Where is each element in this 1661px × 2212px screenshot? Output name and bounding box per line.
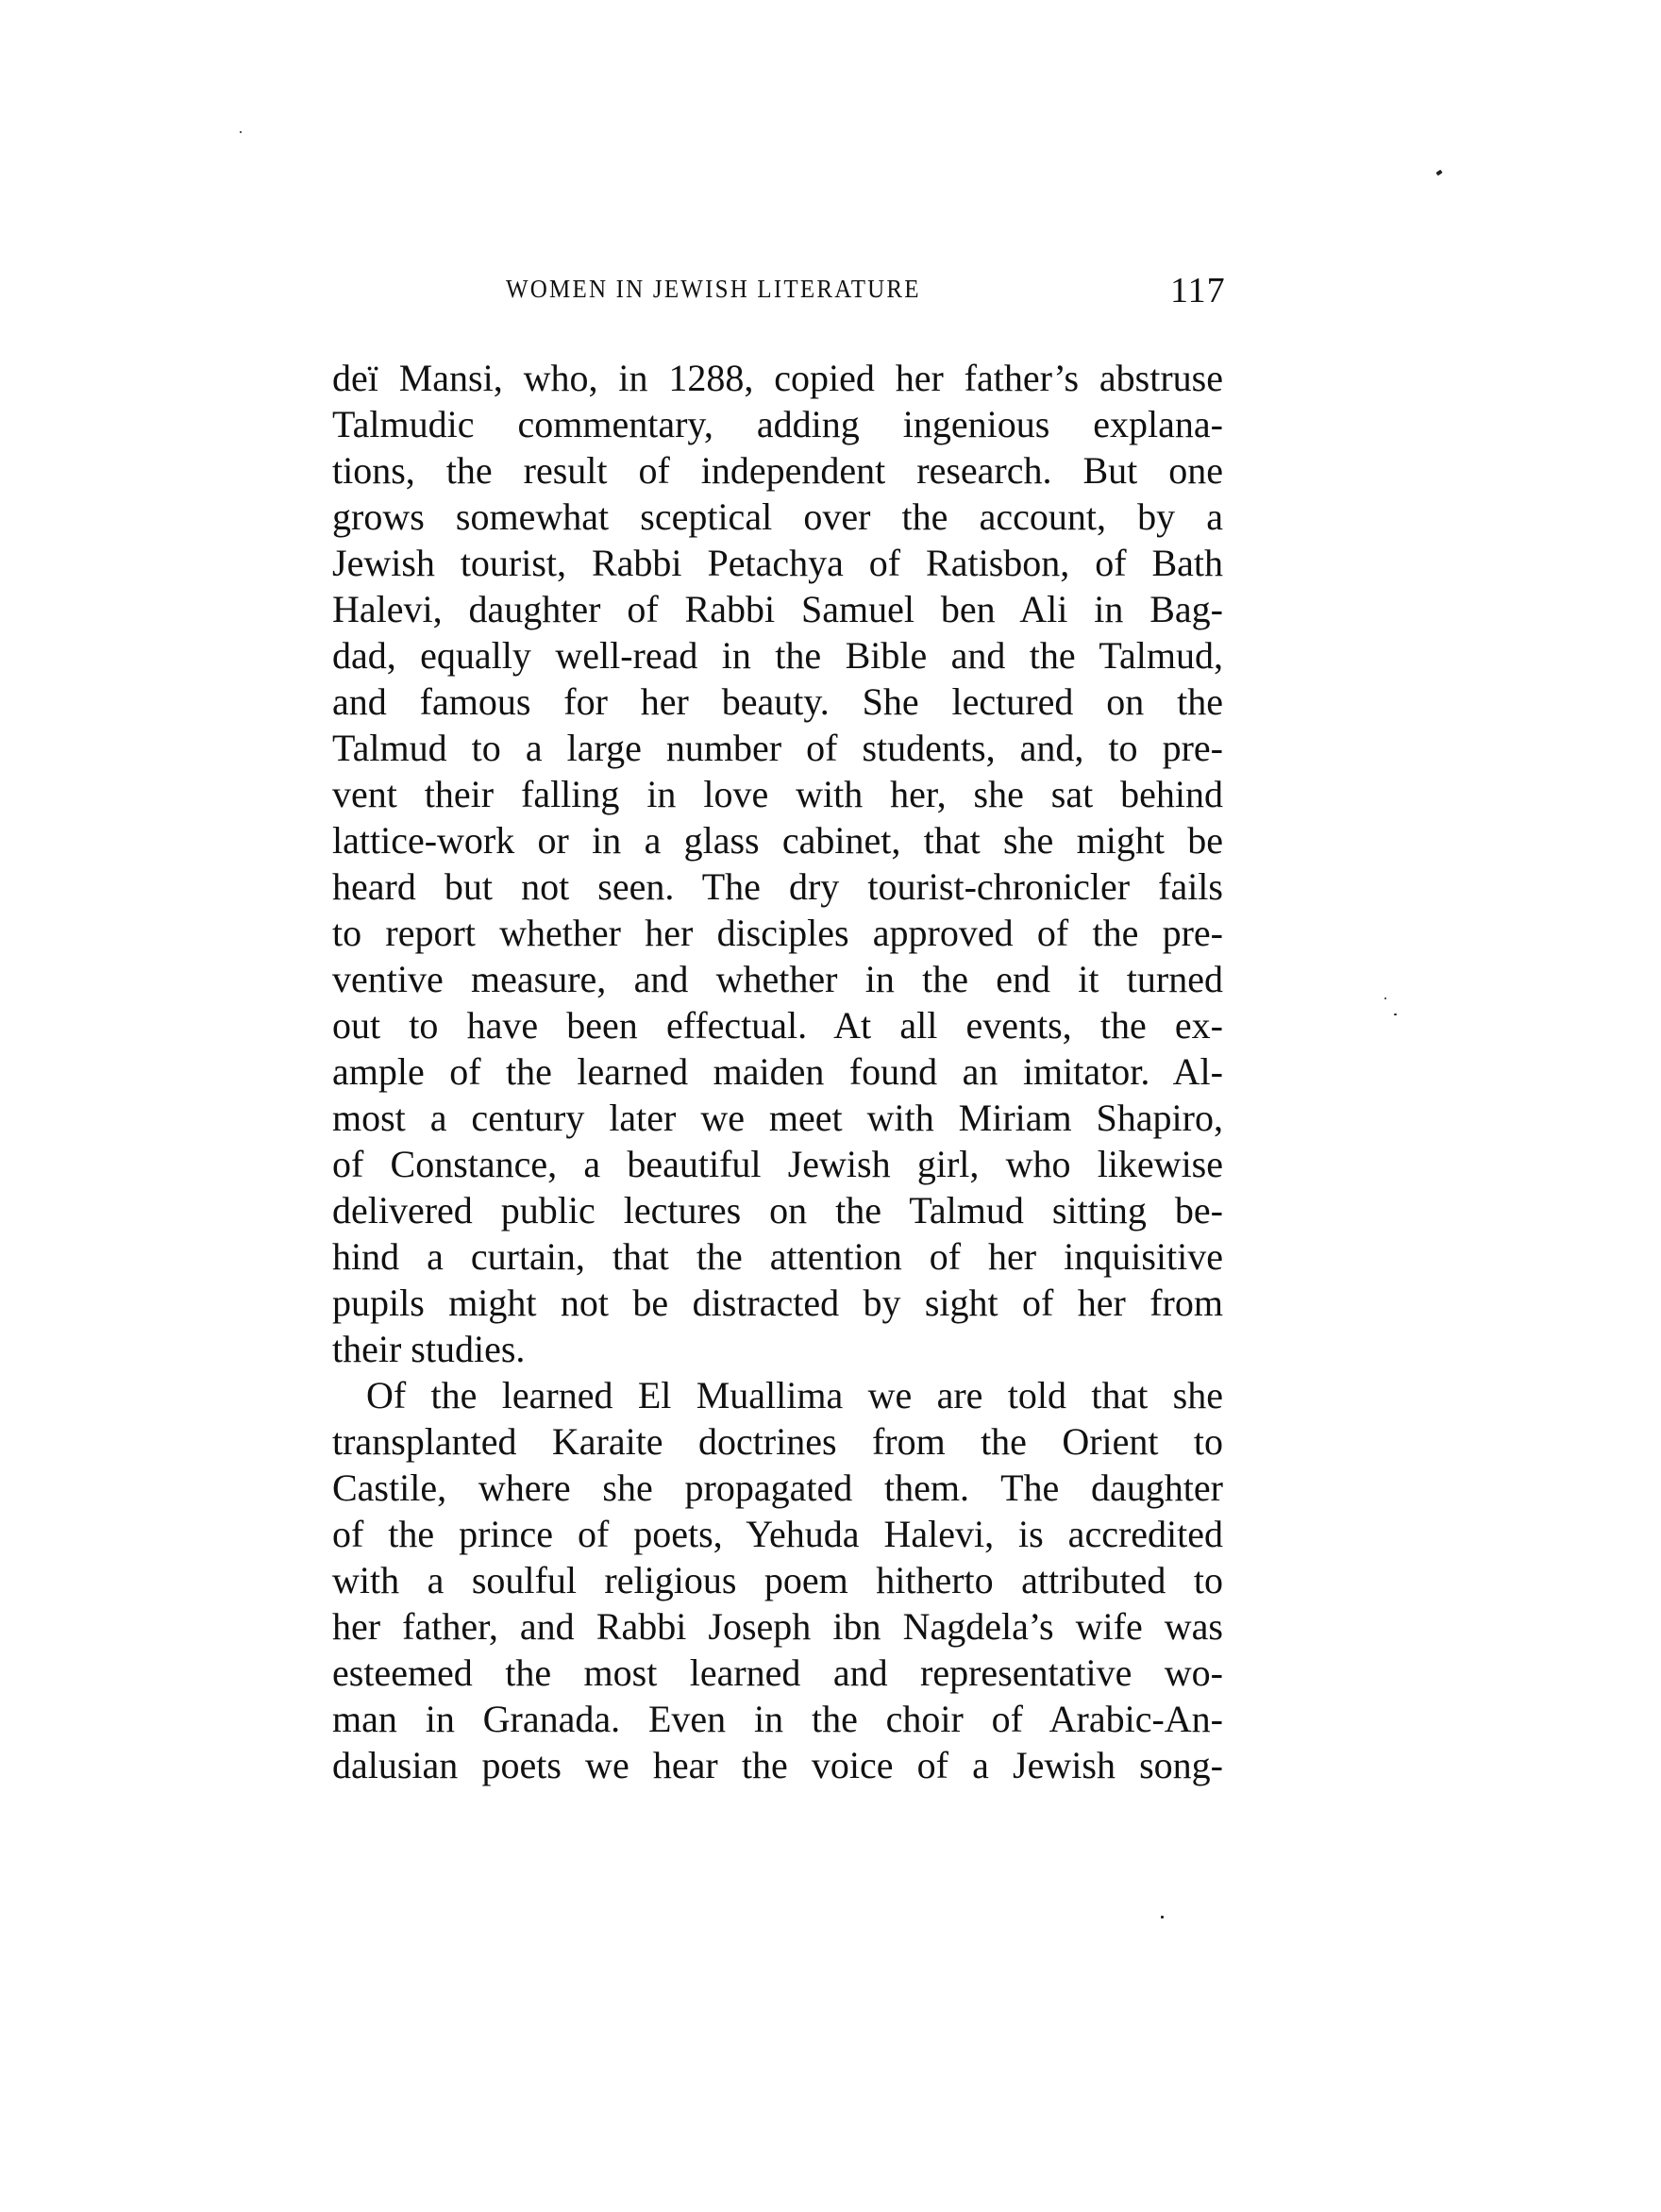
text-line: ventive measure, and whether in the end … bbox=[332, 956, 1223, 1002]
text-line: to report whether her disciples approved… bbox=[332, 910, 1223, 956]
scan-speck bbox=[1394, 1014, 1397, 1015]
scan-speck bbox=[1161, 1916, 1164, 1919]
text-line: and famous for her beauty. She lectured … bbox=[332, 679, 1223, 725]
text-line: Jewish tourist, Rabbi Petachya of Ratisb… bbox=[332, 540, 1223, 586]
text-line: man in Granada. Even in the choir of Ara… bbox=[332, 1696, 1223, 1742]
text-line: Halevi, daughter of Rabbi Samuel ben Ali… bbox=[332, 586, 1223, 632]
text-line: tions, the result of independent researc… bbox=[332, 447, 1223, 494]
text-line: delivered public lectures on the Talmud … bbox=[332, 1187, 1223, 1233]
text-line: her father, and Rabbi Joseph ibn Nagdela… bbox=[332, 1603, 1223, 1650]
text-line: Of the learned El Muallima we are told t… bbox=[332, 1372, 1223, 1418]
text-line: hind a curtain, that the attention of he… bbox=[332, 1233, 1223, 1280]
scan-speck bbox=[240, 131, 242, 133]
running-head: WOMEN IN JEWISH LITERATURE 117 bbox=[321, 276, 1236, 313]
text-line: most a century later we meet with Miriam… bbox=[332, 1095, 1223, 1141]
text-line: Talmud to a large number of students, an… bbox=[332, 725, 1223, 771]
text-line: ample of the learned maiden found an imi… bbox=[332, 1048, 1223, 1095]
paragraph-2: Of the learned El Muallima we are told t… bbox=[332, 1372, 1223, 1788]
text-line: dalusian poets we hear the voice of a Je… bbox=[332, 1742, 1223, 1788]
text-line: grows somewhat sceptical over the accoun… bbox=[332, 494, 1223, 540]
scan-speck bbox=[1384, 997, 1386, 999]
text-line: vent their falling in love with her, she… bbox=[332, 771, 1223, 817]
text-line: esteemed the most learned and representa… bbox=[332, 1650, 1223, 1696]
text-line: of Constance, a beautiful Jewish girl, w… bbox=[332, 1141, 1223, 1187]
text-line: out to have been effectual. At all event… bbox=[332, 1002, 1223, 1048]
text-line: pupils might not be distracted by sight … bbox=[332, 1280, 1223, 1326]
text-line: their studies. bbox=[332, 1326, 1223, 1372]
paragraph-1: deï Mansi, who, in 1288, copied her fath… bbox=[332, 355, 1223, 1372]
text-line: Talmudic commentary, adding ingenious ex… bbox=[332, 401, 1223, 447]
scan-speck bbox=[1435, 170, 1442, 176]
body-text: deï Mansi, who, in 1288, copied her fath… bbox=[332, 355, 1223, 1788]
text-line: lattice-work or in a glass cabinet, that… bbox=[332, 817, 1223, 863]
running-title: WOMEN IN JEWISH LITERATURE bbox=[506, 276, 921, 305]
text-line: heard but not seen. The dry tourist-chro… bbox=[332, 863, 1223, 910]
text-line: Castile, where she propagated them. The … bbox=[332, 1465, 1223, 1511]
text-line: transplanted Karaite doctrines from the … bbox=[332, 1418, 1223, 1465]
text-line: dad, equally well-read in the Bible and … bbox=[332, 632, 1223, 679]
text-line: of the prince of poets, Yehuda Halevi, i… bbox=[332, 1511, 1223, 1557]
text-line: deï Mansi, who, in 1288, copied her fath… bbox=[332, 355, 1223, 401]
text-line: with a soulful religious poem hitherto a… bbox=[332, 1557, 1223, 1603]
page-number: 117 bbox=[1170, 270, 1226, 311]
